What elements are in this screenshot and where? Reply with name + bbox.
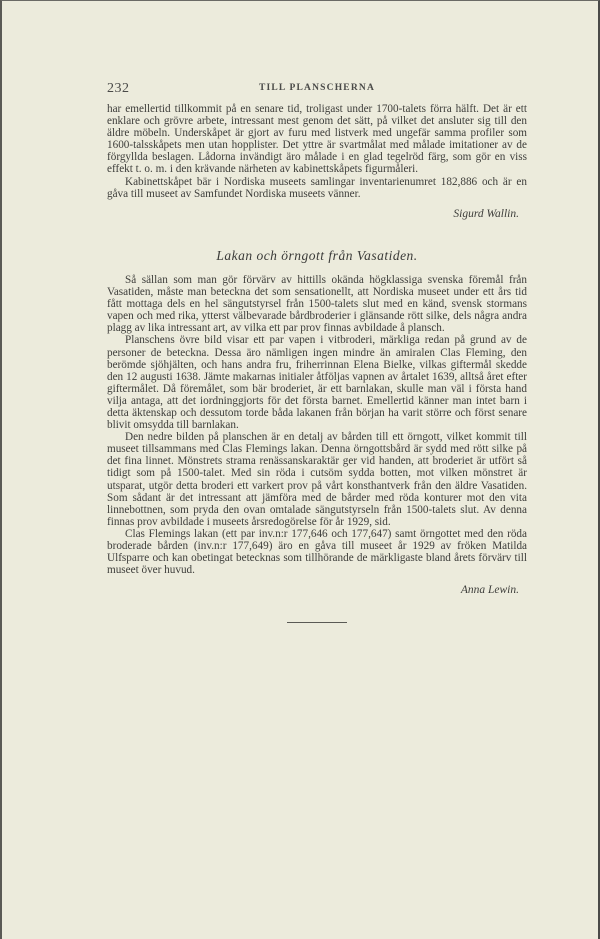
running-title: TILL PLANSCHERNA bbox=[107, 83, 527, 93]
running-header: 232 TILL PLANSCHERNA bbox=[107, 83, 527, 97]
paragraph: Kabinettskåpet bär i Nordiska museets sa… bbox=[107, 176, 527, 200]
author-signature: Anna Lewin. bbox=[107, 584, 527, 596]
article-linens: Lakan och örngott från Vasatiden. Så säl… bbox=[107, 250, 527, 624]
paragraph: har emellertid tillkommit på en senare t… bbox=[107, 103, 527, 176]
end-rule-divider bbox=[287, 622, 347, 623]
page-body: har emellertid tillkommit på en senare t… bbox=[107, 103, 527, 623]
article-cabinet: har emellertid tillkommit på en senare t… bbox=[107, 103, 527, 220]
paragraph: Planschens övre bild visar ett par vapen… bbox=[107, 334, 527, 431]
paragraph: Så sällan som man gör förvärv av hittill… bbox=[107, 274, 527, 334]
paragraph: Den nedre bilden på planschen är en deta… bbox=[107, 431, 527, 528]
author-signature: Sigurd Wallin. bbox=[107, 208, 527, 220]
paragraph: Clas Flemings lakan (ett par inv.n:r 177… bbox=[107, 528, 527, 576]
section-title: Lakan och örngott från Vasatiden. bbox=[107, 250, 527, 262]
